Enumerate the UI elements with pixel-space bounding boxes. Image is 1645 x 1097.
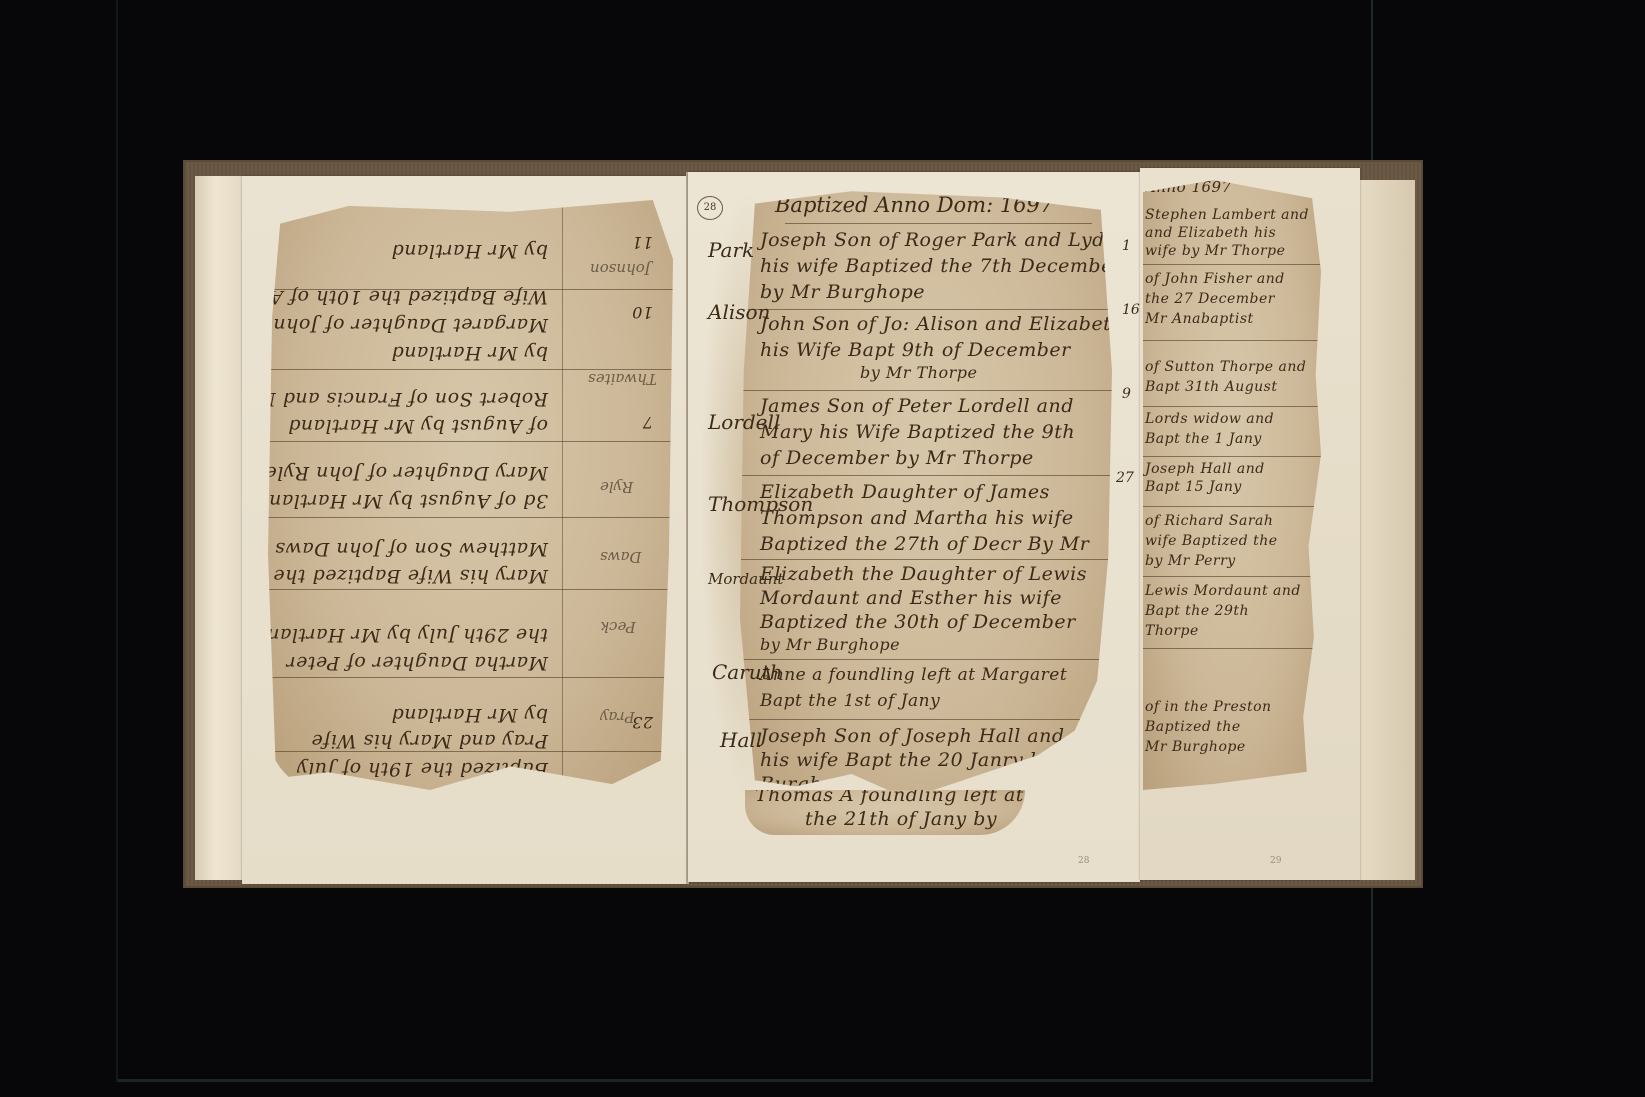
right-page-stack bbox=[1355, 180, 1415, 880]
entry-line: his wife Baptized the 7th December bbox=[760, 257, 1112, 276]
entry-line: by Mr Burghope bbox=[760, 283, 925, 302]
margin-surname: Thompson bbox=[708, 492, 813, 516]
entry-line: Lords widow and bbox=[1145, 412, 1274, 426]
margin-surname: Alison bbox=[708, 300, 770, 324]
entry-line: by Mr Thorpe bbox=[860, 365, 977, 381]
margin-name: Peck bbox=[600, 618, 636, 636]
entry-line: Bapt 15 Jany bbox=[1145, 480, 1242, 494]
entry-line: Mr Anabaptist bbox=[1145, 312, 1254, 326]
entry-line: wife Baptized the bbox=[1145, 534, 1278, 548]
entry-line: wife by Mr Thorpe bbox=[1145, 244, 1285, 258]
manuscript-line: by Mr Hartland bbox=[391, 241, 548, 260]
entry-line: by Mr Perry bbox=[1145, 554, 1236, 568]
entry-line: Mordaunt and Esther his wife bbox=[760, 589, 1062, 608]
margin-number: 27 bbox=[1116, 470, 1134, 486]
entry-line: Baptized the bbox=[1145, 720, 1241, 734]
margin-surname: Mordaunt bbox=[708, 570, 783, 588]
manuscript-line: Margaret Daughter of John bbox=[273, 315, 548, 334]
page-number: 28 bbox=[1078, 856, 1089, 866]
entry-line: by Mr Burghope bbox=[760, 637, 900, 653]
entry-line: Bapt 31th August bbox=[1145, 380, 1278, 394]
entry-line: Thomas A foundling left at Marg bbox=[755, 790, 1025, 805]
margin-number: 1 bbox=[1122, 238, 1131, 254]
entry-line: James Son of Peter Lordell and bbox=[760, 397, 1074, 416]
margin-name: Pray bbox=[600, 708, 635, 726]
entry-line: the 21th of Jany by bbox=[805, 810, 997, 829]
entry-line: of John Fisher and bbox=[1145, 272, 1285, 286]
manuscript-line: Martha Daughter of Peter bbox=[286, 653, 548, 672]
manuscript-line: Mary Daughter of John Ryle bbox=[268, 463, 548, 482]
entry-line: Lewis Mordaunt and bbox=[1145, 584, 1301, 598]
manuscript-line: Robert Son of Francis and Mary his Wife … bbox=[268, 389, 548, 408]
margin-name: Johnson bbox=[590, 260, 651, 278]
manuscript-line: Matthew Son of John Daws and bbox=[268, 539, 548, 558]
margin-number: 23 bbox=[632, 714, 653, 730]
manuscript-line: Pray and Mary his Wife bbox=[311, 731, 548, 750]
entry-line: Elizabeth the Daughter of Lewis bbox=[760, 565, 1087, 584]
entry-line: Stephen Lambert and bbox=[1145, 208, 1309, 222]
manuscript-line: the 29th July by Mr Hartland bbox=[268, 625, 548, 644]
margin-name: Daws bbox=[600, 548, 642, 566]
margin-number: 16 bbox=[1122, 302, 1140, 318]
page-number: 29 bbox=[1270, 856, 1281, 866]
entry-line: Joseph Hall and bbox=[1145, 462, 1265, 476]
left-page-stack bbox=[195, 176, 245, 880]
margin-number: 10 bbox=[632, 304, 653, 320]
entry-line: of in the Preston bbox=[1145, 700, 1272, 714]
manuscript-line: 3d of August by Mr Hartland bbox=[268, 491, 548, 510]
center-fragment-tail: Thomas A foundling left at Marg the 21th… bbox=[745, 790, 1025, 835]
entry-line: and Elizabeth his bbox=[1145, 226, 1276, 240]
margin-surname: Lordell bbox=[708, 410, 780, 434]
entry-line: his Wife Bapt 9th of December bbox=[760, 341, 1071, 360]
entry-line: of Sutton Thorpe and bbox=[1145, 360, 1306, 374]
entry-line: Joseph Son of Roger Park and Lydia bbox=[760, 231, 1112, 250]
manuscript-line: by Mr Hartland bbox=[391, 705, 548, 724]
manuscript-line: Wife Baptized the 10th of August bbox=[268, 287, 548, 306]
entry-line: Mary his Wife Baptized the 9th bbox=[760, 423, 1075, 442]
entry-line: John Son of Jo: Alison and Elizabeth bbox=[760, 315, 1112, 334]
entry-line: of December by Mr Thorpe bbox=[760, 449, 1034, 468]
right-manuscript-fragment: Anno 1697 Stephen Lambert and and Elizab… bbox=[1143, 180, 1321, 790]
folio-number: 28 bbox=[697, 196, 723, 220]
entry-line: Baptized the 27th of Decr By Mr bbox=[760, 535, 1089, 554]
entry-line: Thorpe bbox=[1145, 624, 1199, 638]
manuscript-line: Mary his Wife Baptized the bbox=[273, 566, 548, 585]
margin-surname: Caruth bbox=[712, 660, 783, 684]
margin-name: Thwaites bbox=[588, 370, 657, 388]
margin-surname: Park bbox=[708, 238, 754, 262]
entry-line: Baptized the 30th of December bbox=[760, 613, 1076, 632]
entry-line: Anne a foundling left at Margaret bbox=[760, 667, 1067, 684]
margin-number: 7 bbox=[642, 414, 653, 430]
margin-number: 11 bbox=[632, 234, 653, 250]
manuscript-line: of August by Mr Hartland bbox=[288, 416, 548, 435]
entry-line: Bapt the 1st of Jany bbox=[760, 693, 940, 710]
entry-line: Bapt the 1 Jany bbox=[1145, 432, 1262, 446]
margin-number: 9 bbox=[1122, 386, 1131, 402]
entry-line: Bapt the 29th bbox=[1145, 604, 1249, 618]
entry-line: the 27 December bbox=[1145, 292, 1275, 306]
entry-line: Mr Burghope bbox=[1145, 740, 1246, 754]
margin-name: Ryle bbox=[600, 478, 633, 496]
margin-surname: Hall bbox=[720, 728, 762, 752]
entry-line: of Richard Sarah bbox=[1145, 514, 1273, 528]
manuscript-line: by Mr Hartland bbox=[391, 343, 548, 362]
